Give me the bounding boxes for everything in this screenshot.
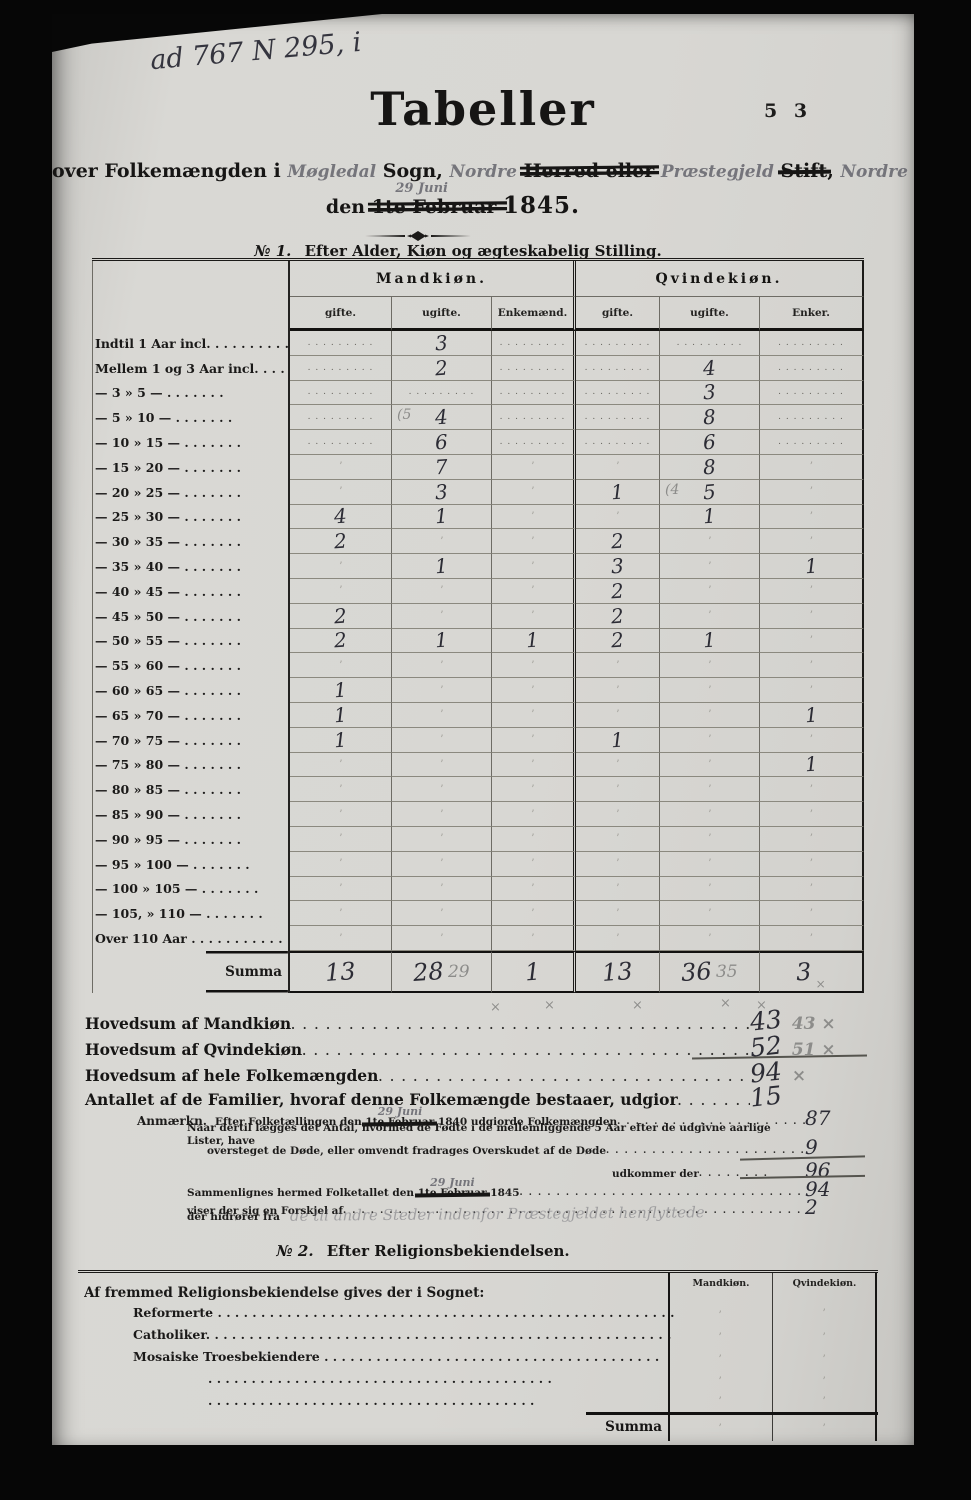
age-group-label: — 95 » 100 — . . . . . . .	[92, 852, 290, 877]
count-cell: 2	[576, 529, 660, 554]
count-cell: 3	[660, 381, 760, 406]
table2-col-mandkion: Mandkiøn.	[670, 1278, 772, 1289]
age-group-label: — 20 » 25 — . . . . . . .	[92, 480, 290, 505]
count-cell	[290, 901, 392, 926]
subtitle-line: over Folkemængden i Møgledal Sogn, Nordr…	[52, 160, 908, 182]
handwritten-count: 1	[434, 630, 448, 651]
hovedsum-mandkion-pencil: 43 ×	[792, 1014, 836, 1034]
table-row: — 10 » 15 — . . . . . . .66	[92, 430, 864, 455]
age-group-label: — 45 » 50 — . . . . . . .	[92, 604, 290, 629]
age-group-label: — 15 » 20 — . . . . . . .	[92, 455, 290, 480]
count-cell	[290, 554, 392, 579]
count-cell	[492, 802, 576, 827]
table-row: — 20 » 25 — . . . . . . .315(4	[92, 480, 864, 505]
count-cell	[576, 827, 660, 852]
struck-date: 29 Juni 1te Februar	[372, 196, 503, 218]
count-cell	[660, 678, 760, 703]
handwritten-count: 2	[610, 630, 624, 651]
count-cell	[576, 356, 660, 381]
faint-mark: ʼ	[822, 1353, 826, 1366]
sogn-label: Sogn,	[383, 160, 443, 182]
count-cell	[576, 926, 660, 951]
religion-row-label: Mosaiske Troesbekiendere . . . . . . . .…	[133, 1349, 711, 1364]
handwritten-count: 1	[804, 754, 818, 775]
page-number: 5 3	[764, 100, 812, 122]
count-cell	[492, 455, 576, 480]
count-cell: 4(5	[392, 405, 492, 430]
pencil-correction: (5	[397, 407, 411, 423]
count-cell	[392, 678, 492, 703]
age-group-label: — 35 » 40 — . . . . . . .	[92, 554, 290, 579]
table1-group-header: Mandkiøn. Qvindekiøn.	[92, 261, 864, 297]
table-row: — 25 » 30 — . . . . . . .411	[92, 505, 864, 530]
count-cell: 5(4	[660, 480, 760, 505]
age-group-label: — 5 » 10 — . . . . . . .	[92, 405, 290, 430]
hovedsum-mandkion-label: Hovedsum af Mandkiøn	[85, 1014, 291, 1033]
count-cell	[290, 405, 392, 430]
count-cell	[576, 505, 660, 530]
table1-summa-row: Summa 13 2829 1 13 3635 3×	[92, 951, 864, 993]
count-cell: 2	[290, 604, 392, 629]
faint-mark: ʼ	[718, 1309, 722, 1322]
count-cell	[290, 753, 392, 778]
anm-1840-value: 87	[805, 1106, 830, 1130]
age-group-label: — 50 » 55 — . . . . . . .	[92, 629, 290, 654]
year: 1845.	[503, 192, 580, 219]
handwritten-count: 1	[333, 704, 347, 725]
count-cell	[492, 554, 576, 579]
summa-m-enkemaend: 1	[492, 951, 576, 993]
col-q-enker: Enker.	[760, 297, 864, 331]
summa-q-ugifte: 3635	[660, 951, 760, 993]
table2-summa-rule	[586, 1412, 878, 1415]
age-group-label: — 40 » 45 — . . . . . . .	[92, 579, 290, 604]
count-cell	[492, 728, 576, 753]
count-cell	[492, 529, 576, 554]
count-cell: 4	[290, 505, 392, 530]
table-row: — 40 » 45 — . . . . . . .2	[92, 579, 864, 604]
table2-summa-label: Summa	[518, 1419, 662, 1435]
handwritten-count: 4	[434, 407, 448, 428]
count-cell	[492, 852, 576, 877]
count-cell	[492, 777, 576, 802]
table-row: — 3 » 5 — . . . . . . .3	[92, 381, 864, 406]
table-row: — 30 » 35 — . . . . . . .22	[92, 529, 864, 554]
religion-row-label: . . . . . . . . . . . . . . . . . . . . …	[208, 1371, 786, 1386]
count-cell	[290, 430, 392, 455]
count-cell	[760, 827, 864, 852]
count-cell	[576, 777, 660, 802]
count-cell: 8	[660, 405, 760, 430]
hovedsum-mandkion-line: Hovedsum af Mandkiøn . . . . . . . . . .…	[85, 1006, 865, 1035]
handwritten-count: 6	[434, 432, 448, 453]
count-cell: 2	[290, 529, 392, 554]
count-cell	[290, 827, 392, 852]
count-cell	[760, 728, 864, 753]
count-cell	[392, 753, 492, 778]
handwritten-count: 1	[804, 704, 818, 725]
count-cell: 6	[660, 430, 760, 455]
count-cell	[492, 678, 576, 703]
handwritten-count: 2	[610, 580, 624, 601]
section2-heading: № 2. Efter Religionsbekiendelsen.	[52, 1242, 794, 1260]
col-m-enkemaend: Enkemænd.	[492, 297, 576, 331]
section2-number: № 2.	[276, 1242, 313, 1260]
count-cell	[290, 381, 392, 406]
count-cell	[760, 877, 864, 902]
count-cell: 1	[760, 753, 864, 778]
count-cell	[290, 455, 392, 480]
age-group-label: — 55 » 60 — . . . . . . .	[92, 653, 290, 678]
count-cell	[660, 852, 760, 877]
count-cell	[290, 926, 392, 951]
count-cell	[392, 827, 492, 852]
religion-table: Mandkiøn. Qvindekiøn. Af fremmed Religio…	[78, 1270, 878, 1441]
handwritten-count: 2	[610, 531, 624, 552]
count-cell	[576, 753, 660, 778]
count-cell	[576, 877, 660, 902]
count-cell	[660, 753, 760, 778]
count-cell	[660, 579, 760, 604]
count-cell	[660, 554, 760, 579]
faint-mark: ʼ	[822, 1307, 826, 1320]
count-cell: 1	[392, 505, 492, 530]
count-cell	[492, 480, 576, 505]
count-cell	[660, 901, 760, 926]
count-cell	[760, 455, 864, 480]
handwritten-count: 2	[333, 630, 347, 651]
religion-row-label: Catholiker. . . . . . . . . . . . . . . …	[133, 1327, 711, 1342]
sml-date-handwritten: 29 Juni	[430, 1176, 475, 1189]
count-cell	[760, 653, 864, 678]
count-cell	[760, 579, 864, 604]
count-cell: 3	[392, 480, 492, 505]
count-cell	[290, 877, 392, 902]
faint-mark: ʼ	[822, 1331, 826, 1344]
count-cell	[760, 901, 864, 926]
table-row: — 50 » 55 — . . . . . . .21121	[92, 629, 864, 654]
sogn-handwritten: Møgledal	[287, 162, 376, 182]
count-cell	[576, 381, 660, 406]
handwritten-count: 3	[434, 332, 448, 353]
subtitle-prefix: over Folkemængden i	[52, 160, 281, 182]
count-cell: 6	[392, 430, 492, 455]
count-cell: 1	[290, 703, 392, 728]
count-cell: 2	[576, 629, 660, 654]
handwritten-count: 3	[434, 481, 448, 502]
count-cell	[290, 653, 392, 678]
age-sex-table: Mandkiøn. Qvindekiøn. gifte. ugifte. Enk…	[92, 258, 864, 993]
count-cell: 2	[576, 604, 660, 629]
count-cell	[760, 678, 864, 703]
summa-q-gifte: 13	[576, 951, 660, 993]
count-cell: 1	[660, 505, 760, 530]
count-cell	[660, 926, 760, 951]
count-cell	[660, 877, 760, 902]
count-cell	[760, 529, 864, 554]
col-m-gifte: gifte.	[290, 297, 392, 331]
col-m-ugifte: ugifte.	[392, 297, 492, 331]
count-cell	[290, 777, 392, 802]
count-cell: 1	[492, 629, 576, 654]
table-row: — 35 » 40 — . . . . . . .131	[92, 554, 864, 579]
handwritten-count: 1	[610, 481, 624, 502]
handwritten-count: 1	[434, 506, 448, 527]
faint-mark: ʼ	[822, 1422, 826, 1435]
table-row: — 60 » 65 — . . . . . . .1	[92, 678, 864, 703]
count-cell	[760, 381, 864, 406]
count-cell	[392, 653, 492, 678]
count-cell	[760, 405, 864, 430]
group-qvindekion: Qvindekiøn.	[576, 261, 864, 297]
count-cell	[760, 777, 864, 802]
section2-title: Efter Religionsbekiendelsen.	[327, 1242, 570, 1260]
faint-mark: ʼ	[822, 1375, 826, 1388]
count-cell	[492, 703, 576, 728]
age-group-label: — 60 » 65 — . . . . . . .	[92, 678, 290, 703]
count-cell	[392, 777, 492, 802]
anm-date1-handwritten: 29 Juni	[378, 1105, 423, 1118]
count-cell	[576, 430, 660, 455]
handwritten-count: 3	[610, 556, 624, 577]
count-cell	[492, 405, 576, 430]
handwritten-count: 6	[702, 432, 716, 453]
count-cell	[760, 629, 864, 654]
table-row: — 15 » 20 — . . . . . . .78	[92, 455, 864, 480]
faint-mark: ʼ	[718, 1375, 722, 1388]
handwritten-count: 8	[702, 456, 716, 477]
count-cell: 1	[660, 629, 760, 654]
faint-mark: ʼ	[718, 1353, 722, 1366]
count-cell	[290, 802, 392, 827]
table-row: — 85 » 90 — . . . . . . .	[92, 802, 864, 827]
anm-foedte-value: 9	[805, 1135, 818, 1159]
count-cell: 3	[576, 554, 660, 579]
handwritten-count: 1	[333, 729, 347, 750]
count-cell	[392, 579, 492, 604]
handwritten-count: 1	[702, 506, 716, 527]
count-cell: 1	[290, 728, 392, 753]
handwritten-count: 2	[434, 357, 448, 378]
hovedsum-qvindekion-label: Hovedsum af Qvindekiøn	[85, 1040, 302, 1059]
date-handwritten: 29 Juni	[395, 181, 448, 196]
count-cell: 1	[392, 554, 492, 579]
table-row: Mellem 1 og 3 Aar incl. . . . . . .24	[92, 356, 864, 381]
amt-handwritten: Nordre	[840, 162, 908, 182]
age-group-label: Over 110 Aar . . . . . . . . . . . . . .…	[92, 926, 290, 951]
count-cell	[290, 331, 392, 356]
count-cell	[660, 331, 760, 356]
herred-handwritten: Nordre	[449, 162, 517, 182]
count-cell	[576, 678, 660, 703]
col-q-ugifte: ugifte.	[660, 297, 760, 331]
count-cell	[392, 728, 492, 753]
count-cell	[760, 480, 864, 505]
count-cell	[660, 827, 760, 852]
count-cell	[392, 877, 492, 902]
religion-row-label: Reformerte . . . . . . . . . . . . . . .…	[133, 1305, 711, 1320]
struck-stift: Stift	[781, 160, 828, 182]
count-cell	[290, 356, 392, 381]
table-row: — 65 » 70 — . . . . . . .11	[92, 703, 864, 728]
handwritten-count: 1	[434, 556, 448, 577]
faint-mark: ʼ	[822, 1395, 826, 1408]
table-row: — 75 » 80 — . . . . . . .1	[92, 753, 864, 778]
count-cell: 1	[576, 728, 660, 753]
hidroerer-label: der hidrører fra	[187, 1211, 280, 1223]
count-cell	[492, 753, 576, 778]
handwritten-count: 4	[702, 357, 716, 378]
count-cell	[492, 430, 576, 455]
handwritten-count: 3	[702, 382, 716, 403]
count-cell	[392, 926, 492, 951]
handwritten-count: 1	[702, 630, 716, 651]
summa-m-ugifte: 2829	[392, 951, 492, 993]
count-cell	[576, 802, 660, 827]
table-row: Indtil 1 Aar incl. . . . . . . . . . . .…	[92, 331, 864, 356]
age-group-label: Indtil 1 Aar incl. . . . . . . . . . . .…	[92, 331, 290, 356]
count-cell: 1	[576, 480, 660, 505]
count-cell	[392, 852, 492, 877]
handwritten-count: 1	[333, 680, 347, 701]
count-cell	[760, 331, 864, 356]
count-cell: 1	[760, 703, 864, 728]
age-group-label: — 10 » 15 — . . . . . . .	[92, 430, 290, 455]
count-cell	[660, 653, 760, 678]
count-cell	[492, 827, 576, 852]
count-cell	[576, 703, 660, 728]
count-cell: 1	[392, 629, 492, 654]
table-row: Over 110 Aar . . . . . . . . . . . . . .…	[92, 926, 864, 951]
count-cell	[660, 802, 760, 827]
count-cell	[392, 381, 492, 406]
handwritten-count: 2	[333, 605, 347, 626]
age-group-label: — 90 » 95 — . . . . . . .	[92, 827, 290, 852]
handwritten-count: 1	[610, 729, 624, 750]
count-cell: 2	[290, 629, 392, 654]
count-cell	[392, 901, 492, 926]
count-cell	[492, 356, 576, 381]
count-cell: 2	[576, 579, 660, 604]
count-cell: 4	[660, 356, 760, 381]
count-cell	[760, 926, 864, 951]
religion-intro: Af fremmed Religionsbekiendelse gives de…	[84, 1285, 662, 1301]
count-cell: 3	[392, 331, 492, 356]
handwritten-count: 1	[804, 556, 818, 577]
count-cell	[492, 381, 576, 406]
age-group-label: — 70 » 75 — . . . . . . .	[92, 728, 290, 753]
count-cell	[660, 604, 760, 629]
age-group-label: — 105, » 110 — . . . . . . .	[92, 901, 290, 926]
table2-divider	[772, 1273, 773, 1441]
handwritten-count: 2	[610, 605, 624, 626]
table2-divider	[875, 1273, 877, 1441]
corner-cell	[92, 297, 290, 331]
scanned-census-page: ad 767 N 295, i Tabeller 5 3 over Folkem…	[52, 14, 914, 1445]
age-group-label: — 3 » 5 — . . . . . . .	[92, 381, 290, 406]
handwritten-count: 2	[333, 531, 347, 552]
count-cell	[660, 728, 760, 753]
summa-q-enker: 3×	[760, 951, 864, 993]
count-cell	[576, 405, 660, 430]
handwritten-count: 8	[702, 407, 716, 428]
date-line: den 29 Juni 1te Februar 1845.	[52, 192, 854, 219]
struck-herred-eller: Herred eller	[524, 160, 655, 182]
count-cell	[392, 802, 492, 827]
count-cell	[760, 852, 864, 877]
count-cell	[576, 901, 660, 926]
table2-col-qvindekion: Qvindekiøn.	[774, 1278, 875, 1289]
count-cell	[576, 852, 660, 877]
count-cell	[492, 579, 576, 604]
praestegjeld-handwritten: Præstegjeld	[661, 162, 774, 182]
count-cell	[492, 926, 576, 951]
count-cell	[660, 777, 760, 802]
age-group-label: — 80 » 85 — . . . . . . .	[92, 777, 290, 802]
count-cell	[760, 430, 864, 455]
age-group-label: — 25 » 30 — . . . . . . .	[92, 505, 290, 530]
count-cell	[492, 604, 576, 629]
count-cell	[760, 356, 864, 381]
group-mandkion: Mandkiøn.	[290, 261, 576, 297]
count-cell: 8	[660, 455, 760, 480]
table-row: — 105, » 110 — . . . . . . .	[92, 901, 864, 926]
count-cell: 1	[290, 678, 392, 703]
forskjel-value: 2	[805, 1195, 818, 1219]
table-row: — 5 » 10 — . . . . . . .4(58	[92, 405, 864, 430]
count-cell	[492, 653, 576, 678]
table-row: — 90 » 95 — . . . . . . .	[92, 827, 864, 852]
count-cell	[392, 604, 492, 629]
count-cell	[492, 331, 576, 356]
handwritten-count: 7	[434, 456, 448, 477]
pencil-correction: (4	[665, 482, 679, 498]
faint-mark: ʼ	[718, 1422, 722, 1435]
count-cell	[660, 703, 760, 728]
table-row: — 95 » 100 — . . . . . . .	[92, 852, 864, 877]
count-cell	[660, 529, 760, 554]
age-group-label: — 75 » 80 — . . . . . . .	[92, 753, 290, 778]
count-cell	[760, 604, 864, 629]
count-cell	[290, 579, 392, 604]
table1-sub-header: gifte. ugifte. Enkemænd. gifte. ugifte. …	[92, 297, 864, 331]
age-group-label: Mellem 1 og 3 Aar incl. . . . . . .	[92, 356, 290, 381]
count-cell	[576, 455, 660, 480]
table-row: — 100 » 105 — . . . . . . .	[92, 877, 864, 902]
table-row: — 45 » 50 — . . . . . . .22	[92, 604, 864, 629]
age-group-label: — 65 » 70 — . . . . . . .	[92, 703, 290, 728]
age-group-label: — 30 » 35 — . . . . . . .	[92, 529, 290, 554]
count-cell	[492, 505, 576, 530]
table1-body: Indtil 1 Aar incl. . . . . . . . . . . .…	[92, 331, 864, 951]
religion-row-label: . . . . . . . . . . . . . . . . . . . . …	[208, 1393, 786, 1408]
table-row: — 55 » 60 — . . . . . . .	[92, 653, 864, 678]
date-prefix: den	[326, 196, 365, 218]
hidroerer-handwritten: de til andre Steder indenfor Præstegjeld…	[290, 1203, 705, 1225]
age-group-label: — 85 » 90 — . . . . . . .	[92, 802, 290, 827]
count-cell	[760, 802, 864, 827]
anmaerkning-line2b: oversteget de Døde, eller omvendt fradra…	[207, 1135, 865, 1159]
age-group-label: — 100 » 105 — . . . . . . .	[92, 877, 290, 902]
handwritten-count: 4	[333, 506, 347, 527]
count-cell	[290, 480, 392, 505]
count-cell: 1	[760, 554, 864, 579]
summa-m-gifte: 13	[290, 951, 392, 993]
count-cell	[760, 505, 864, 530]
count-cell	[492, 901, 576, 926]
count-cell	[576, 653, 660, 678]
handwritten-count: 1	[525, 630, 539, 651]
